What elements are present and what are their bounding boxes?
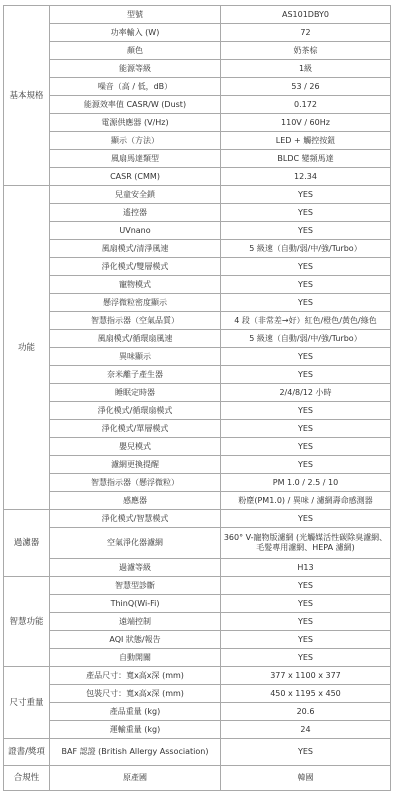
- spec-label: CASR (CMM): [50, 168, 221, 186]
- spec-value: YES: [221, 348, 391, 366]
- spec-label: 空氣淨化器濾網: [50, 528, 221, 559]
- category-cell: 過濾器: [4, 510, 50, 577]
- table-row: 包裝尺寸：寬x高x深 (mm)450 x 1195 x 450: [4, 685, 391, 703]
- table-row: 能源效率值 CASR/W (Dust)0.172: [4, 96, 391, 114]
- spec-label: 顏色: [50, 42, 221, 60]
- spec-label: BAF 認證 (British Allergy Association): [50, 739, 221, 766]
- spec-value: 1級: [221, 60, 391, 78]
- spec-value: 5 級速（自動/弱/中/強/Turbo）: [221, 330, 391, 348]
- spec-label: 風扇模式/清淨風速: [50, 240, 221, 258]
- spec-value: YES: [221, 258, 391, 276]
- spec-label: AQI 狀態/報告: [50, 631, 221, 649]
- table-row: 嬰兒模式YES: [4, 438, 391, 456]
- spec-label: 嬰兒模式: [50, 438, 221, 456]
- table-row: ThinQ(Wi-Fi)YES: [4, 595, 391, 613]
- spec-value: 53 / 26: [221, 78, 391, 96]
- table-row: 智慧功能智慧型診斷YES: [4, 577, 391, 595]
- spec-label: 風扇馬達類型: [50, 150, 221, 168]
- spec-value: YES: [221, 222, 391, 240]
- spec-value: YES: [221, 577, 391, 595]
- table-row: UVnanoYES: [4, 222, 391, 240]
- table-row: 淨化模式/循環扇模式YES: [4, 402, 391, 420]
- table-row: 功率輸入 (W)72: [4, 24, 391, 42]
- spec-table: 基本規格型號AS101DBY0功率輸入 (W)72顏色奶茶棕能源等級1級噪音（高…: [3, 5, 391, 791]
- spec-label: ThinQ(Wi-Fi): [50, 595, 221, 613]
- spec-label: 智慧型診斷: [50, 577, 221, 595]
- spec-label: 感應器: [50, 492, 221, 510]
- spec-label: 淨化模式/智慧模式: [50, 510, 221, 528]
- spec-value: 377 x 1100 x 377: [221, 667, 391, 685]
- spec-label: 風扇模式/循環扇風速: [50, 330, 221, 348]
- table-row: 基本規格型號AS101DBY0: [4, 6, 391, 24]
- category-cell: 證書/獎項: [4, 739, 50, 766]
- table-row: 寵物模式YES: [4, 276, 391, 294]
- table-row: 顯示（方法）LED + 觸控按鈕: [4, 132, 391, 150]
- table-row: 尺寸重量產品尺寸：寬x高x深 (mm)377 x 1100 x 377: [4, 667, 391, 685]
- spec-value: YES: [221, 595, 391, 613]
- spec-value: YES: [221, 402, 391, 420]
- spec-label: 顯示（方法）: [50, 132, 221, 150]
- spec-label: 智慧指示器（空氣品質）: [50, 312, 221, 330]
- spec-label: 能源效率值 CASR/W (Dust): [50, 96, 221, 114]
- table-row: 淨化模式/雙層模式YES: [4, 258, 391, 276]
- table-row: 奈米離子產生器YES: [4, 366, 391, 384]
- table-row: 過濾等級H13: [4, 559, 391, 577]
- spec-value: 4 段（非常差→好）紅色/橙色/黃色/綠色: [221, 312, 391, 330]
- table-row: CASR (CMM)12.34: [4, 168, 391, 186]
- spec-label: 能源等級: [50, 60, 221, 78]
- table-row: 噪音（高 / 低，dB）53 / 26: [4, 78, 391, 96]
- spec-label: 淨化模式/循環扇模式: [50, 402, 221, 420]
- table-row: 運輸重量 (kg)24: [4, 721, 391, 739]
- spec-table-body: 基本規格型號AS101DBY0功率輸入 (W)72顏色奶茶棕能源等級1級噪音（高…: [4, 6, 391, 791]
- table-row: 過濾器淨化模式/智慧模式YES: [4, 510, 391, 528]
- spec-value: H13: [221, 559, 391, 577]
- table-row: 風扇馬達類型BLDC 變頻馬達: [4, 150, 391, 168]
- spec-value: AS101DBY0: [221, 6, 391, 24]
- table-row: 懸浮微粒密度顯示YES: [4, 294, 391, 312]
- spec-label: 型號: [50, 6, 221, 24]
- spec-value: LED + 觸控按鈕: [221, 132, 391, 150]
- spec-value: 450 x 1195 x 450: [221, 685, 391, 703]
- table-row: 濾網更換提醒YES: [4, 456, 391, 474]
- spec-label: 兒童安全鎖: [50, 186, 221, 204]
- category-cell: 智慧功能: [4, 577, 50, 667]
- spec-value: YES: [221, 649, 391, 667]
- spec-label: 淨化模式/雙層模式: [50, 258, 221, 276]
- spec-label: 智慧指示器（懸浮微粒）: [50, 474, 221, 492]
- spec-value: YES: [221, 420, 391, 438]
- spec-label: 遠端控制: [50, 613, 221, 631]
- spec-value: 12.34: [221, 168, 391, 186]
- spec-value: YES: [221, 613, 391, 631]
- spec-label: 睡眠定時器: [50, 384, 221, 402]
- table-row: 智慧指示器（懸浮微粒）PM 1.0 / 2.5 / 10: [4, 474, 391, 492]
- spec-value: YES: [221, 631, 391, 649]
- category-cell: 尺寸重量: [4, 667, 50, 739]
- spec-label: 濾網更換提醒: [50, 456, 221, 474]
- spec-value: 360° V-寵物版濾網 (光觸媒活性碳除臭濾網、毛髮專用濾網、HEPA 濾網): [221, 528, 391, 559]
- category-cell: 基本規格: [4, 6, 50, 186]
- spec-label: 電源供應器 (V/Hz): [50, 114, 221, 132]
- table-row: 顏色奶茶棕: [4, 42, 391, 60]
- table-row: 睡眠定時器2/4/8/12 小時: [4, 384, 391, 402]
- table-row: 風扇模式/清淨風速5 級速（自動/弱/中/強/Turbo）: [4, 240, 391, 258]
- table-row: 風扇模式/循環扇風速5 級速（自動/弱/中/強/Turbo）: [4, 330, 391, 348]
- spec-label: 產品尺寸：寬x高x深 (mm): [50, 667, 221, 685]
- spec-label: 異味顯示: [50, 348, 221, 366]
- spec-label: 運輸重量 (kg): [50, 721, 221, 739]
- spec-label: 產品重量 (kg): [50, 703, 221, 721]
- spec-value: YES: [221, 510, 391, 528]
- spec-label: 自動開關: [50, 649, 221, 667]
- spec-value: 5 級速（自動/弱/中/強/Turbo）: [221, 240, 391, 258]
- spec-label: 懸浮微粒密度顯示: [50, 294, 221, 312]
- table-row: AQI 狀態/報告YES: [4, 631, 391, 649]
- spec-label: 功率輸入 (W): [50, 24, 221, 42]
- table-row: 自動開關YES: [4, 649, 391, 667]
- spec-value: YES: [221, 294, 391, 312]
- table-row: 功能兒童安全鎖YES: [4, 186, 391, 204]
- category-cell: 功能: [4, 186, 50, 510]
- spec-value: 110V / 60Hz: [221, 114, 391, 132]
- table-row: 遠端控制YES: [4, 613, 391, 631]
- category-cell: 合規性: [4, 766, 50, 791]
- spec-label: 包裝尺寸：寬x高x深 (mm): [50, 685, 221, 703]
- table-row: 感應器粉塵(PM1.0) / 異味 / 濾網壽命感測器: [4, 492, 391, 510]
- spec-value: 0.172: [221, 96, 391, 114]
- spec-value: PM 1.0 / 2.5 / 10: [221, 474, 391, 492]
- spec-value: YES: [221, 366, 391, 384]
- spec-label: 遙控器: [50, 204, 221, 222]
- spec-label: UVnano: [50, 222, 221, 240]
- spec-label: 奈米離子產生器: [50, 366, 221, 384]
- spec-value: 72: [221, 24, 391, 42]
- spec-label: 原產國: [50, 766, 221, 791]
- spec-value: YES: [221, 739, 391, 766]
- table-row: 證書/獎項BAF 認證 (British Allergy Association…: [4, 739, 391, 766]
- spec-label: 寵物模式: [50, 276, 221, 294]
- table-row: 空氣淨化器濾網360° V-寵物版濾網 (光觸媒活性碳除臭濾網、毛髮專用濾網、H…: [4, 528, 391, 559]
- spec-label: 過濾等級: [50, 559, 221, 577]
- table-row: 淨化模式/單層模式YES: [4, 420, 391, 438]
- table-row: 電源供應器 (V/Hz)110V / 60Hz: [4, 114, 391, 132]
- spec-value: 20.6: [221, 703, 391, 721]
- spec-value: YES: [221, 186, 391, 204]
- table-row: 產品重量 (kg)20.6: [4, 703, 391, 721]
- table-row: 能源等級1級: [4, 60, 391, 78]
- table-row: 異味顯示YES: [4, 348, 391, 366]
- spec-value: YES: [221, 276, 391, 294]
- spec-value: YES: [221, 456, 391, 474]
- spec-label: 噪音（高 / 低，dB）: [50, 78, 221, 96]
- table-row: 合規性原產國韓國: [4, 766, 391, 791]
- table-row: 智慧指示器（空氣品質）4 段（非常差→好）紅色/橙色/黃色/綠色: [4, 312, 391, 330]
- table-row: 遙控器YES: [4, 204, 391, 222]
- spec-value: YES: [221, 204, 391, 222]
- spec-value: 2/4/8/12 小時: [221, 384, 391, 402]
- spec-value: BLDC 變頻馬達: [221, 150, 391, 168]
- spec-value: 24: [221, 721, 391, 739]
- spec-value: 奶茶棕: [221, 42, 391, 60]
- spec-value: 韓國: [221, 766, 391, 791]
- spec-value: YES: [221, 438, 391, 456]
- spec-label: 淨化模式/單層模式: [50, 420, 221, 438]
- spec-value: 粉塵(PM1.0) / 異味 / 濾網壽命感測器: [221, 492, 391, 510]
